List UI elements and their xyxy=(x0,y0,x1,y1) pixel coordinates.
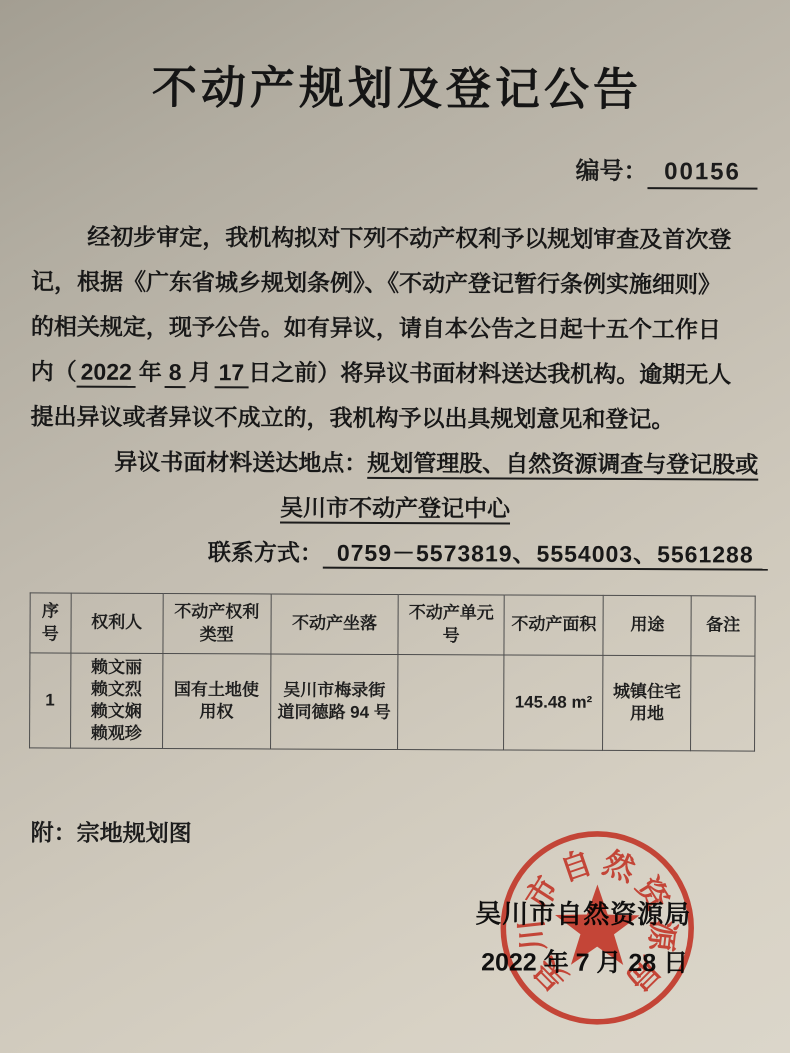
paper-sheet: 不动产规划及登记公告 编号：00156 经初步审定，我机构拟对下列不动产权利予以… xyxy=(0,0,790,1053)
svg-text:吴: 吴 xyxy=(528,950,575,997)
table-row: 1 赖文丽 赖文烈 赖文娴 赖观珍 国有土地使用权 吴川市梅录街道同德路 94 … xyxy=(30,653,755,751)
doc-number-label: 编号： xyxy=(575,158,647,185)
svg-text:市: 市 xyxy=(519,870,565,915)
header-seq: 序号 xyxy=(30,593,71,653)
notice-line-1: 经初步审定，我机构拟对下列不动产权利予以规划审查及首次登 xyxy=(31,214,761,262)
svg-text:局: 局 xyxy=(620,951,667,998)
header-right-type: 不动产权利类型 xyxy=(163,593,271,653)
deadline-year: 2022 xyxy=(77,359,136,388)
header-remark: 备注 xyxy=(691,596,755,656)
table-header-row: 序号 权利人 不动产权利类型 不动产坐落 不动产单元号 不动产面积 用途 备注 xyxy=(30,593,755,656)
official-seal-stamp: 吴川市自然资源局 xyxy=(496,826,699,1029)
svg-text:自: 自 xyxy=(556,845,597,888)
header-area: 不动产面积 xyxy=(504,595,604,655)
property-table: 序号 权利人 不动产权利类型 不动产坐落 不动产单元号 不动产面积 用途 备注 … xyxy=(29,592,756,751)
cell-remark xyxy=(691,656,755,751)
svg-text:资: 资 xyxy=(629,871,676,917)
header-unit-no: 不动产单元号 xyxy=(398,595,504,655)
delivery-value-1: 规划管理股、自然资源调查与登记股或 xyxy=(367,450,758,481)
holder-name: 赖文娴 xyxy=(75,701,158,723)
header-holder: 权利人 xyxy=(71,593,163,653)
document-photo: 不动产规划及登记公告 编号：00156 经初步审定，我机构拟对下列不动产权利予以… xyxy=(0,0,790,1053)
document-title: 不动产规划及登记公告 xyxy=(2,50,790,118)
contact-value: 0759－5573819、5554003、5561288 xyxy=(323,540,768,571)
contact-label: 联系方式： xyxy=(208,539,323,566)
cell-right-type: 国有土地使用权 xyxy=(162,653,270,748)
svg-text:源: 源 xyxy=(643,918,681,954)
deadline-day: 17 xyxy=(215,359,249,388)
holder-name: 赖文丽 xyxy=(75,657,158,679)
deadline-month: 8 xyxy=(165,359,186,388)
contact-line: 联系方式：0759－5573819、5554003、5561288 xyxy=(30,529,760,577)
notice-body: 经初步审定，我机构拟对下列不动产权利予以规划审查及首次登 记，根据《广东省城乡规… xyxy=(30,214,762,577)
cell-seq: 1 xyxy=(30,653,71,748)
cell-usage: 城镇住宅用地 xyxy=(603,655,691,750)
doc-number-value: 00156 xyxy=(647,158,757,189)
cell-holders: 赖文丽 赖文烈 赖文娴 赖观珍 xyxy=(70,653,162,748)
cell-area: 145.48 m² xyxy=(504,655,604,750)
header-location: 不动产坐落 xyxy=(271,594,399,655)
notice-line-4: 内（2022年8月17日之前）将异议书面材料送达我机构。逾期无人 xyxy=(31,349,761,397)
delivery-label: 异议书面材料送达地点： xyxy=(114,449,367,476)
cell-unit-no xyxy=(398,655,504,750)
deadline-year-unit: 年 xyxy=(139,359,162,385)
deadline-prefix: 内（ xyxy=(31,358,77,384)
header-usage: 用途 xyxy=(603,595,691,655)
delivery-address-line-2: 吴川市不动产登记中心 xyxy=(30,484,760,532)
holder-name: 赖观珍 xyxy=(75,723,158,745)
notice-line-2: 记，根据《广东省城乡规划条例》、《不动产登记暂行条例实施细则》 xyxy=(31,259,761,307)
deadline-month-unit: 月 xyxy=(189,359,212,385)
notice-line-3: 的相关规定，现予公告。如有异议，请自本公告之日起十五个工作日 xyxy=(31,304,761,352)
attachment-note: 附：宗地规划图 xyxy=(31,814,192,848)
svg-text:川: 川 xyxy=(514,917,552,952)
deadline-suffix: 日之前）将异议书面材料送达我机构。逾期无人 xyxy=(248,359,731,387)
svg-text:然: 然 xyxy=(598,845,640,889)
doc-number-line: 编号：00156 xyxy=(575,151,757,190)
notice-line-5: 提出异议或者异议不成立的，我机构予以出具规划意见和登记。 xyxy=(30,394,760,442)
stamp-star-icon xyxy=(555,884,640,965)
delivery-value-2: 吴川市不动产登记中心 xyxy=(280,494,510,524)
cell-location: 吴川市梅录街道同德路 94 号 xyxy=(270,654,398,750)
holder-name: 赖文烈 xyxy=(75,679,158,701)
delivery-address-line: 异议书面材料送达地点：规划管理股、自然资源调查与登记股或 xyxy=(30,439,760,487)
